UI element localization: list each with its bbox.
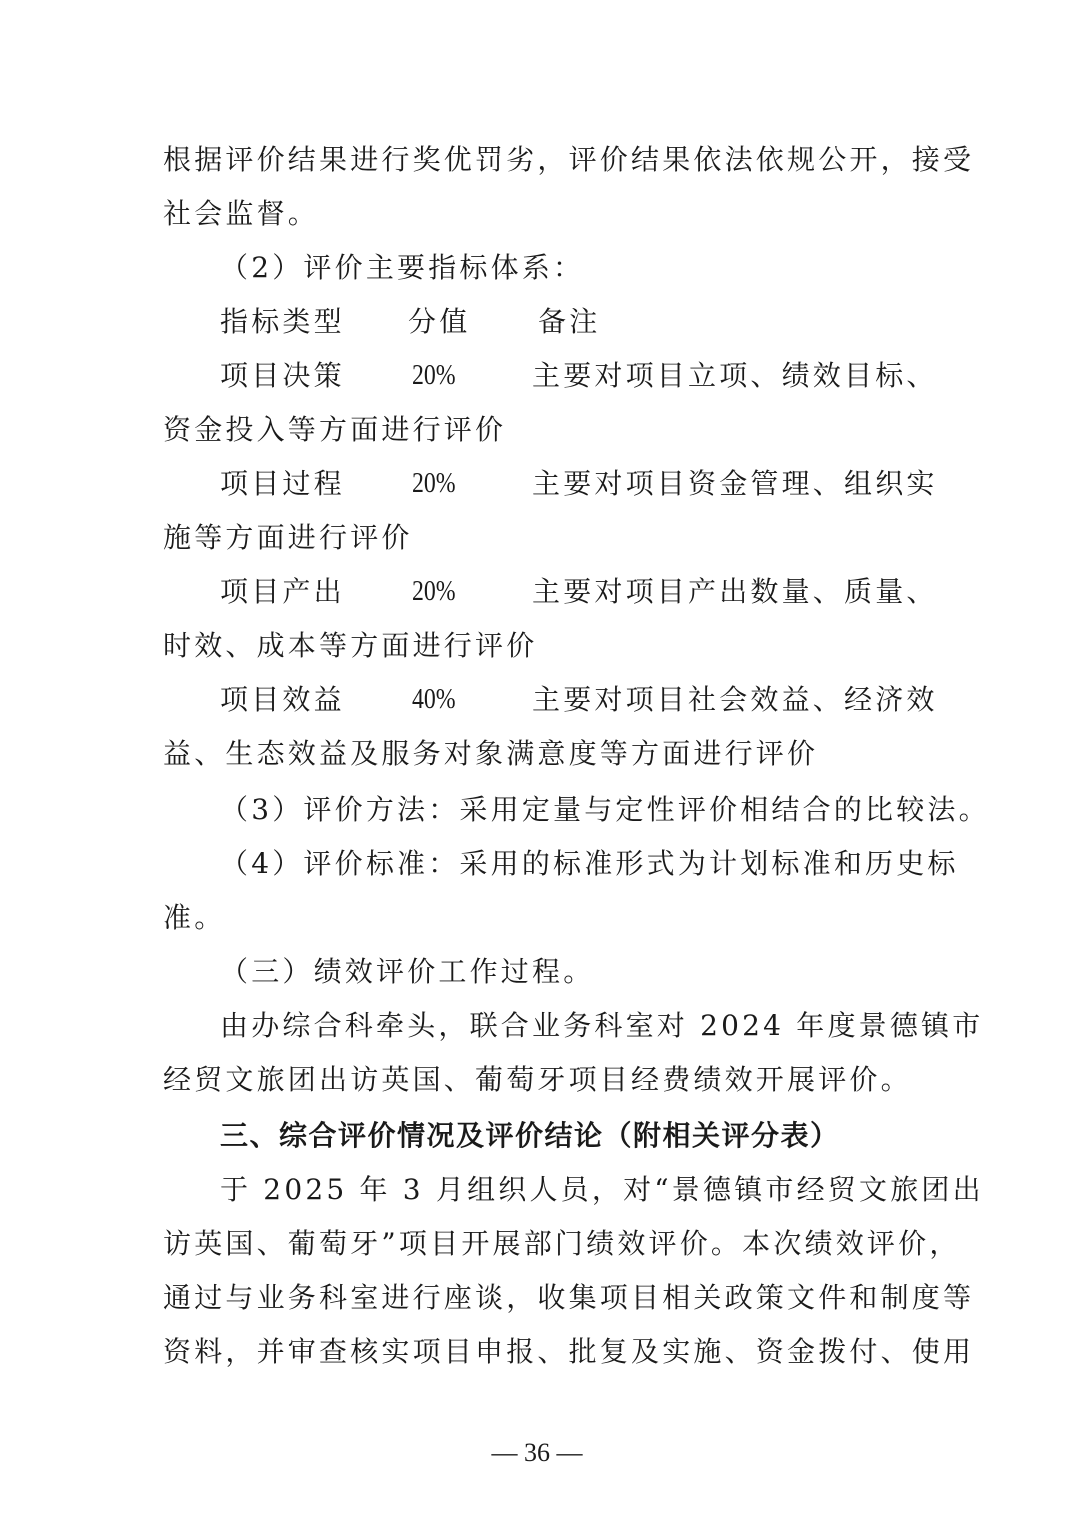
indicator-note-wrap: 施等方面进行评价 [163,511,915,565]
section-subheading: （三）绩效评价工作过程。 [220,945,915,999]
indicator-table-header: 指标类型 分值 备注 [220,295,915,349]
indicator-note: 主要对项目产出数量、质量、 [532,565,938,619]
indicator-note-wrap: 益、生态效益及服务对象满意度等方面进行评价 [163,727,915,781]
indicator-type: 项目效益 [220,673,345,727]
paragraph-line: （3）评价方法：采用定量与定性评价相结合的比较法。 [220,783,915,837]
indicator-row: 项目产出 20% 主要对项目产出数量、质量、 [220,565,915,619]
indicator-score: 20% [412,565,456,619]
indicator-note-wrap: 时效、成本等方面进行评价 [163,619,915,673]
section-heading: 三、综合评价情况及评价结论（附相关评分表） [220,1109,915,1163]
indicator-score: 40% [412,673,456,727]
document-page: 根据评价结果进行奖优罚劣，评价结果依法依规公开，接受 社会监督。 （2）评价主要… [0,0,1074,1520]
indicator-row: 项目效益 40% 主要对项目社会效益、经济效 [220,673,915,727]
indicator-note: 主要对项目社会效益、经济效 [532,673,938,727]
paragraph-line: 经贸文旅团出访英国、葡萄牙项目经费绩效开展评价。 [163,1053,915,1107]
indicator-type: 项目决策 [220,349,345,403]
paragraph-line: 通过与业务科室进行座谈，收集项目相关政策文件和制度等 [163,1271,915,1325]
section-subheading: （2）评价主要指标体系： [220,241,915,295]
header-note: 备注 [538,295,600,349]
indicator-note: 主要对项目资金管理、组织实 [532,457,938,511]
paragraph-line: 访英国、葡萄牙”项目开展部门绩效评价。本次绩效评价， [163,1217,915,1271]
indicator-score: 20% [412,457,456,511]
page-number: — 36 — [0,1438,1074,1468]
paragraph-line: 由办综合科牵头，联合业务科室对 2024 年度景德镇市 [220,999,915,1053]
indicator-row: 项目过程 20% 主要对项目资金管理、组织实 [220,457,915,511]
paragraph-line: （4）评价标准：采用的标准形式为计划标准和历史标 [220,837,915,891]
paragraph-line: 社会监督。 [163,187,915,241]
paragraph-line: 资料，并审查核实项目申报、批复及实施、资金拨付、使用 [163,1325,915,1379]
indicator-row: 项目决策 20% 主要对项目立项、绩效目标、 [220,349,915,403]
indicator-type: 项目过程 [220,457,345,511]
indicator-note-wrap: 资金投入等方面进行评价 [163,403,915,457]
header-indicator-type: 指标类型 [220,295,345,349]
header-score: 分值 [408,295,470,349]
indicator-note: 主要对项目立项、绩效目标、 [532,349,938,403]
paragraph-line: 根据评价结果进行奖优罚劣，评价结果依法依规公开，接受 [163,133,915,187]
paragraph-line: 准。 [163,891,915,945]
paragraph-line: 于 2025 年 3 月组织人员，对“景德镇市经贸文旅团出 [220,1163,915,1217]
indicator-score: 20% [412,349,456,403]
indicator-type: 项目产出 [220,565,345,619]
